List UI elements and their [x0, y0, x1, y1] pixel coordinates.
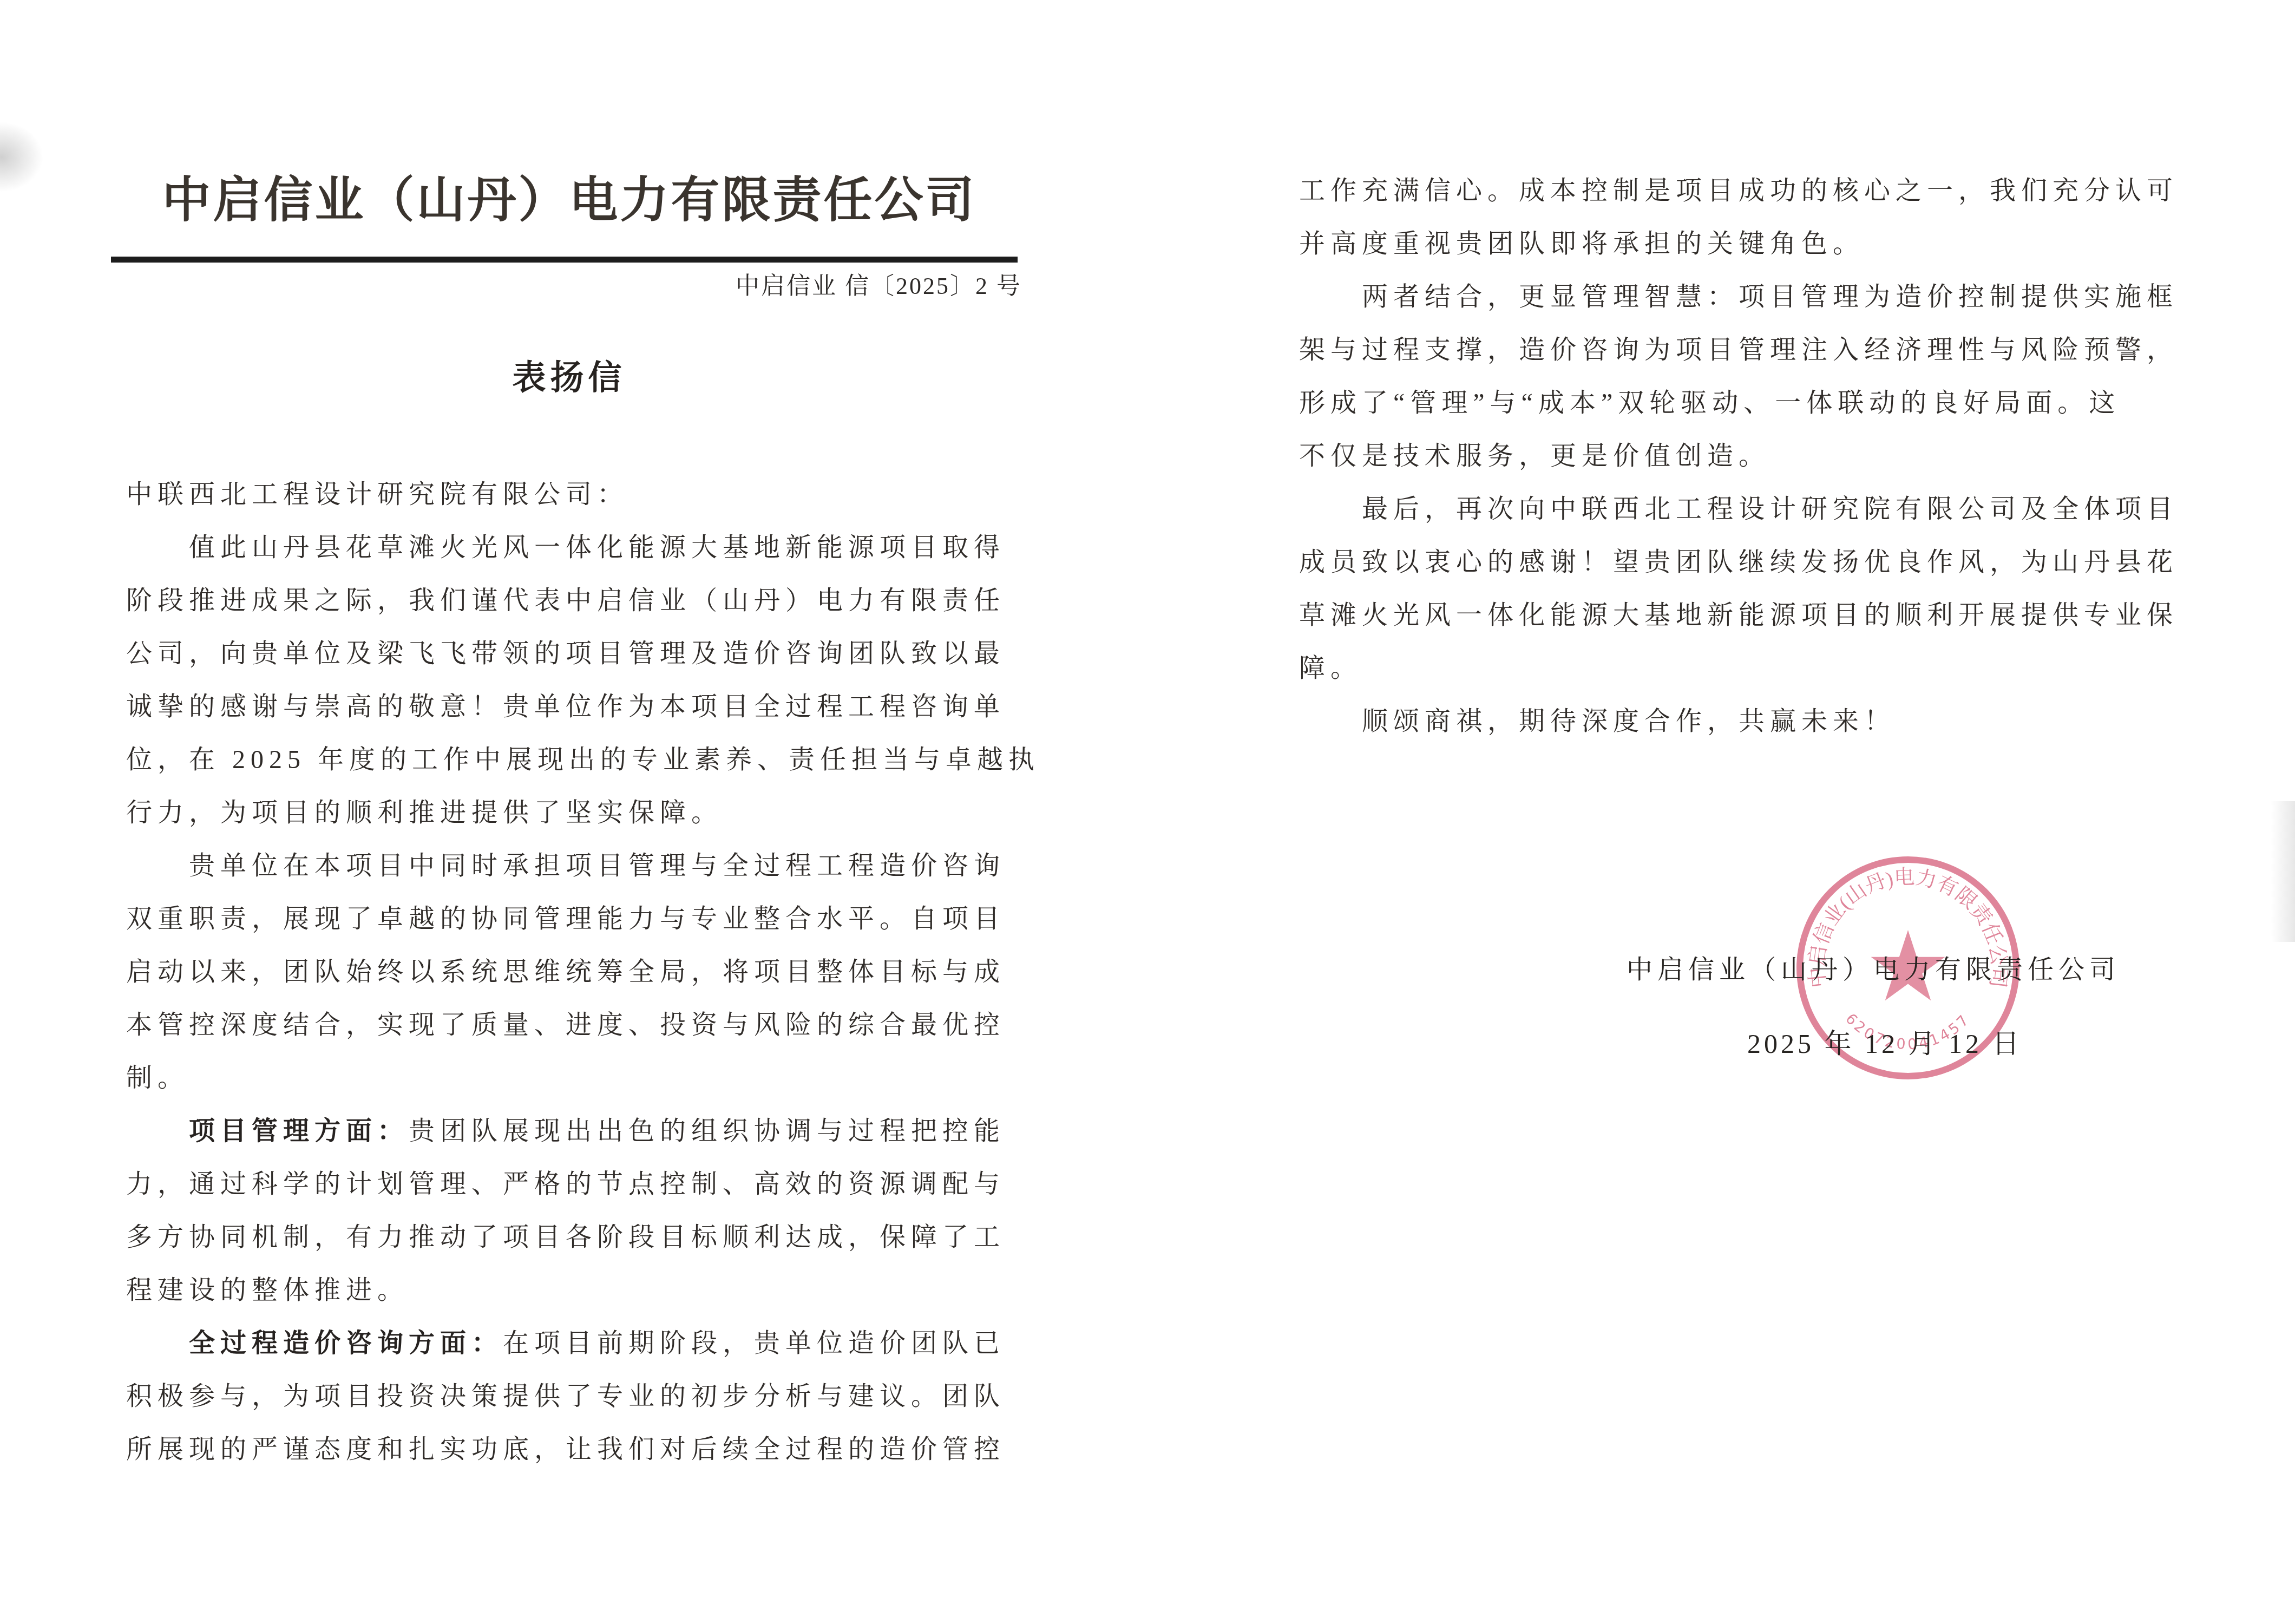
letterhead-rule: [111, 257, 1018, 263]
letter-line: 位，在 2025 年度的工作中展现出的专业素养、责任担当与卓越执: [126, 734, 1035, 787]
letter-line: 启动以来，团队始终以系统思维统筹全局，将项目整体目标与成: [126, 946, 1035, 999]
letter-title: 表扬信: [126, 351, 1012, 399]
scan-smudge: [2271, 801, 2295, 942]
signature-company-name: 中启信业（山丹）电力有限责任公司: [1627, 948, 2120, 986]
letter-line: 双重职责，展现了卓越的协同管理能力与专业整合水平。自项目: [126, 893, 1035, 946]
scan-smudge: [0, 122, 43, 192]
letter-line: 并高度重视贵团队即将承担的关键角色。: [1299, 218, 2208, 271]
letter-line: 项目管理方面：贵团队展现出出色的组织协调与过程把控能: [126, 1105, 1035, 1158]
letter-line: 草滩火光风一体化能源大基地新能源项目的顺利开展提供专业保: [1299, 589, 2208, 642]
letter-line: 最后，再次向中联西北工程设计研究院有限公司及全体项目: [1299, 483, 2208, 536]
letterhead-company-name: 中启信业（山丹）电力有限责任公司: [126, 160, 1012, 231]
letter-left-column: 中联西北工程设计研究院有限公司：值此山丹县花草滩火光风一体化能源大基地新能源项目…: [126, 468, 1035, 1476]
letter-right-column: 工作充满信心。成本控制是项目成功的核心之一，我们充分认可并高度重视贵团队即将承担…: [1299, 165, 2208, 748]
letter-line: 多方协同机制，有力推动了项目各阶段目标顺利达成，保障了工: [126, 1211, 1035, 1264]
letter-line: 两者结合，更显管理智慧：项目管理为造价控制提供实施框: [1299, 271, 2208, 324]
letter-line: 公司，向贵单位及梁飞飞带领的项目管理及造价咨询团队致以最: [126, 627, 1035, 680]
letter-line: 本管控深度结合，实现了质量、进度、投资与风险的综合最优控: [126, 999, 1035, 1052]
letter-line: 积极参与，为项目投资决策提供了专业的初步分析与建议。团队: [126, 1370, 1035, 1423]
letter-line: 贵单位在本项目中同时承担项目管理与全过程工程造价咨询: [126, 840, 1035, 893]
letter-date: 2025 年 12 月 12 日: [1747, 1022, 2023, 1061]
letter-line: 不仅是技术服务，更是价值创造。: [1299, 430, 2208, 483]
letter-line: 值此山丹县花草滩火光风一体化能源大基地新能源项目取得: [126, 521, 1035, 574]
letter-line: 架与过程支撑，造价咨询为项目管理注入经济理性与风险预警，: [1299, 324, 2208, 377]
letter-line: 形成了“管理”与“成本”双轮驱动、一体联动的良好局面。这: [1299, 377, 2208, 430]
letter-line: 制。: [126, 1052, 1035, 1105]
letter-line: 力，通过科学的计划管理、严格的节点控制、高效的资源调配与: [126, 1158, 1035, 1211]
document-number: 中启信业 信〔2025〕2 号: [126, 266, 1022, 301]
letter-line: 成员致以衷心的感谢！望贵团队继续发扬优良作风，为山丹县花: [1299, 536, 2208, 589]
letter-line: 中联西北工程设计研究院有限公司：: [126, 468, 1035, 521]
letter-line: 阶段推进成果之际，我们谨代表中启信业（山丹）电力有限责任: [126, 574, 1035, 627]
letter-line: 行力，为项目的顺利推进提供了坚实保障。: [126, 787, 1035, 840]
letter-line: 程建设的整体推进。: [126, 1264, 1035, 1317]
letter-line: 工作充满信心。成本控制是项目成功的核心之一，我们充分认可: [1299, 165, 2208, 218]
letter-line: 所展现的严谨态度和扎实功底，让我们对后续全过程的造价管控: [126, 1423, 1035, 1476]
letter-line: 顺颂商祺，期待深度合作，共赢未来！: [1299, 695, 2208, 748]
letter-line: 障。: [1299, 642, 2208, 695]
letter-line: 诚挚的感谢与崇高的敬意！贵单位作为本项目全过程工程咨询单: [126, 680, 1035, 734]
letter-line: 全过程造价咨询方面：在项目前期阶段，贵单位造价团队已: [126, 1317, 1035, 1370]
scanned-letter-page: 中启信业（山丹）电力有限责任公司 中启信业 信〔2025〕2 号 表扬信 中联西…: [0, 0, 2295, 1624]
